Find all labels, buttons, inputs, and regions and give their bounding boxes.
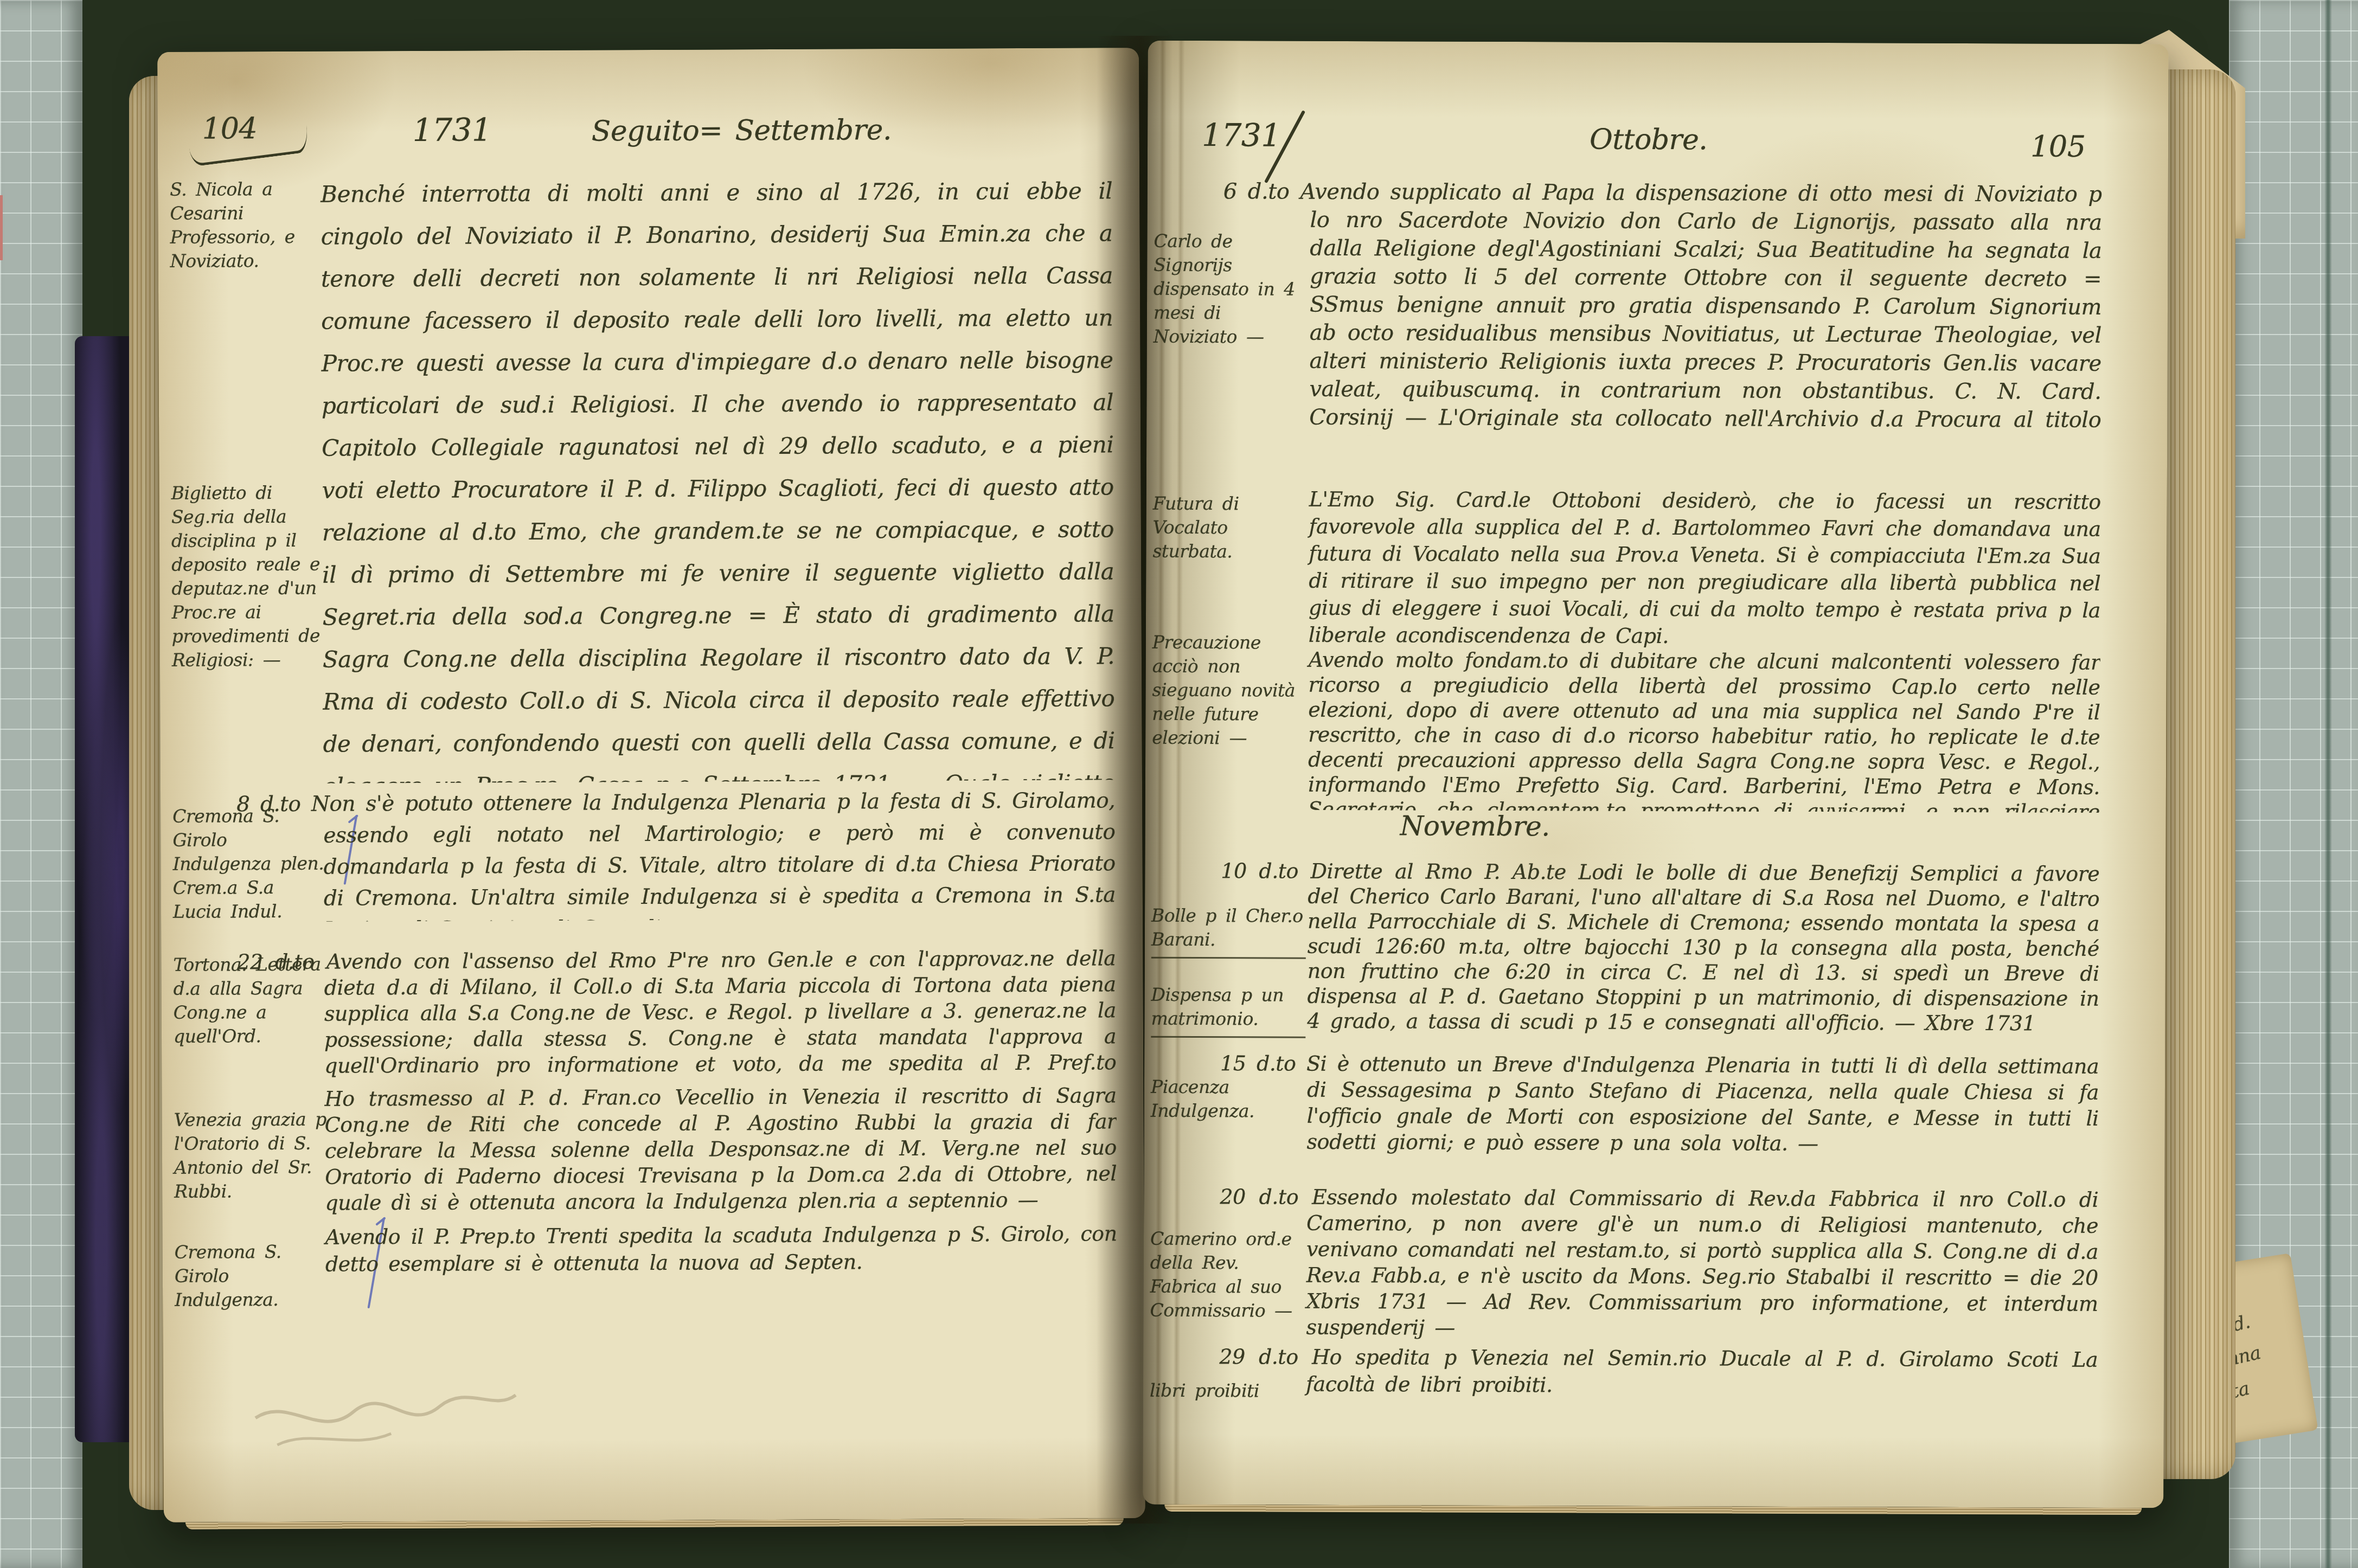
- register-entry: L'Emo Sig. Card.le Ottoboni desiderò, ch…: [1222, 485, 2101, 654]
- register-entry: 29 d.to Ho spedita p Venezia nel Semin.r…: [1219, 1343, 2098, 1411]
- calibration-grid-left: [0, 0, 82, 1568]
- register-entry: 15 d.to Si è ottenuto un Breve d'Indulge…: [1220, 1050, 2099, 1189]
- grid-rule-line: [2324, 0, 2332, 1568]
- header-year-left: 1731: [413, 111, 492, 149]
- register-entry: Avendo il P. Prep.to Trenti spedita la s…: [239, 1220, 1117, 1283]
- page-number-right: 105: [2030, 129, 2086, 163]
- right-page: 1731 Ottobre. 105 Carlo de Signorijs dis…: [1143, 41, 2168, 1508]
- left-page: 104 1731 Seguito= Settembre. S. Nicola a…: [157, 48, 1145, 1522]
- manuscript-scan: rò d. Penna sta 104 1731 Seguito= Settem…: [0, 0, 2358, 1568]
- register-entry: 22 d.to Avendo con l'assenso del Rmo P'r…: [237, 945, 1116, 1082]
- section-header-novembre: Novembre.: [1400, 810, 1550, 842]
- register-entry: Benché interrotta di molti anni e sino a…: [234, 170, 1115, 783]
- register-entry: 10 d.to Dirette al Rmo P. Ab.te Lodi le …: [1220, 858, 2099, 1043]
- register-entry: 6 d.to Avendo supplicato al Papa la disp…: [1222, 177, 2102, 438]
- red-edge-mark: [0, 195, 3, 260]
- register-entry: 20 d.to Essendo molestato dal Commissari…: [1219, 1184, 2098, 1341]
- register-entry: Avendo molto fondam.to di dubitare che a…: [1221, 647, 2100, 813]
- header-title-left: Seguito= Settembre.: [592, 114, 892, 147]
- pencil-scribble: [244, 1330, 527, 1461]
- register-entry: 8 d.to Non s'è potuto ottenere la Indulg…: [236, 785, 1116, 922]
- header-year-right: 1731: [1202, 117, 1281, 154]
- header-month-right: Ottobre.: [1590, 124, 1707, 157]
- register-entry: Ho trasmesso al P. d. Fran.co Vecellio i…: [238, 1082, 1117, 1219]
